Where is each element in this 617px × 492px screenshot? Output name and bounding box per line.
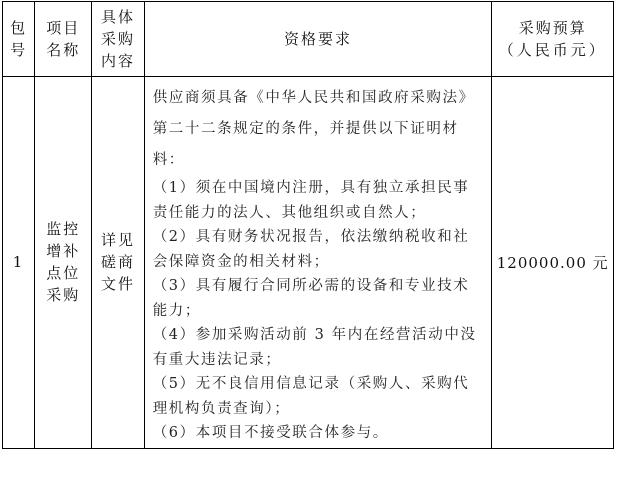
header-text: 号 [3,39,34,61]
header-text: （人民币元） [492,39,613,61]
package-no-cell: 1 [3,77,35,449]
package-no: 1 [13,253,25,271]
qualification-cell: 供应商须具备《中华人民共和国政府采购法》第二十二条规定的条件，并提供以下证明材料… [144,77,492,449]
qualification-item: （4）参加采购活动前 3 年内在经营活动中没有重大违法记录； [153,323,486,372]
header-package-no: 包 号 [3,2,35,77]
budget-cell: 120000.00 元 [492,77,614,449]
header-text: 采购 [92,28,143,50]
qualification-item: （1）须在中国境内注册，具有独立承担民事责任能力的法人、其他组织或自然人； [153,176,486,225]
budget-value: 120000.00 元 [497,254,609,272]
content-text: 文件 [92,273,143,295]
header-text: 包 [3,17,34,39]
header-text: 采购预算 [492,17,613,39]
qualification-intro: 供应商须具备《中华人民共和国政府采购法》第二十二条规定的条件，并提供以下证明材料… [153,83,486,176]
header-project-name: 项目 名称 [35,2,92,77]
header-text: 名称 [35,39,91,61]
header-text: 具体 [92,6,143,28]
project-name-text: 监控 [35,218,91,240]
project-name-text: 点位 [35,262,91,284]
header-budget: 采购预算 （人民币元） [492,2,614,77]
header-procurement-content: 具体 采购 内容 [92,2,144,77]
content-text: 磋商 [92,251,143,273]
table-row: 1 监控 增补 点位 采购 详见 磋商 文件 供应商须具备《中华人民共和国政府采… [3,77,614,449]
header-text: 资格要求 [284,30,352,48]
project-name-cell: 监控 增补 点位 采购 [35,77,92,449]
header-row: 包 号 项目 名称 具体 采购 内容 资格要求 采购预算 （人民币元） [3,2,614,77]
header-qualification: 资格要求 [144,2,492,77]
project-name-text: 增补 [35,240,91,262]
content-cell: 详见 磋商 文件 [92,77,144,449]
qualification-item: （6）本项目不接受联合体参与。 [153,421,486,446]
header-text: 内容 [92,50,143,72]
header-text: 项目 [35,17,91,39]
qualification-item: （2）具有财务状况报告，依法缴纳税收和社会保障资金的相关材料； [153,225,486,274]
project-name-text: 采购 [35,284,91,306]
content-text: 详见 [92,229,143,251]
qualification-item: （3）具有履行合同所必需的设备和专业技术能力； [153,274,486,323]
procurement-table: 包 号 项目 名称 具体 采购 内容 资格要求 采购预算 （人民币元） 1 监控… [2,1,614,449]
qualification-item: （5）无不良信用信息记录（采购人、采购代理机构负责查询）； [153,372,486,421]
